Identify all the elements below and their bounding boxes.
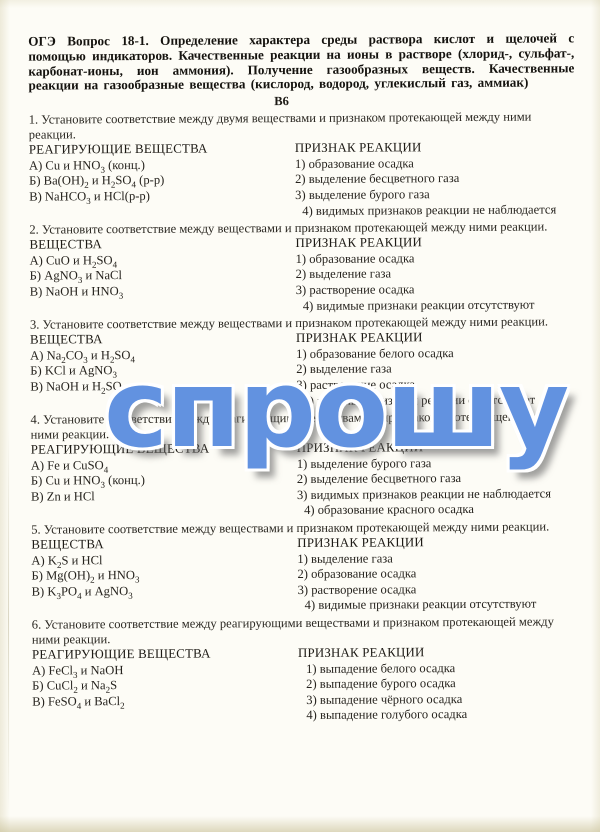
substance-item: Б) CuCl2 и Na2S	[32, 677, 298, 694]
question-intro: 1. Установите соответствие между двумя в…	[29, 110, 575, 143]
signs-header: ПРИЗНАК РЕАКЦИИ	[297, 534, 577, 551]
signs-column: ПРИЗНАК РЕАКЦИИ 1) выделение газа 2) обр…	[297, 534, 577, 614]
signs-header: ПРИЗНАК РЕАКЦИИ	[295, 234, 575, 251]
substances-column: РЕАГИРУЮЩИЕ ВЕЩЕСТВА А) Fe и CuSO4 Б) Cu…	[31, 441, 297, 521]
sign-item: 1) выделение бурого газа	[297, 455, 577, 472]
question-4: 4. Установите соответствие между реагиру…	[30, 409, 577, 520]
question-columns: РЕАГИРУЮЩИЕ ВЕЩЕСТВА А) Fe и CuSO4 Б) Cu…	[31, 439, 577, 520]
substance-item: Б) Mg(OH)2 и HNO3	[31, 567, 297, 584]
substances-column: РЕАГИРУЮЩИЕ ВЕЩЕСТВА А) FeCl3 и NaOH Б) …	[32, 646, 298, 726]
substance-item: В) K3PO4 и AgNO3	[32, 583, 298, 600]
sign-item: 4) выпадение голубого осадка	[298, 707, 578, 724]
sign-item: 4) видимых признаков реакции не наблюдае…	[295, 202, 575, 219]
signs-header: ПРИЗНАК РЕАКЦИИ	[295, 140, 575, 157]
sign-item: 2) выпадение бурого осадка	[298, 676, 578, 693]
signs-header: ПРИЗНАК РЕАКЦИИ	[296, 329, 576, 346]
signs-column: ПРИЗНАК РЕАКЦИИ 1) образование осадка 2)…	[295, 234, 575, 314]
sign-item: 1) выделение газа	[297, 550, 577, 567]
sign-item: 2) выделение бесцветного газа	[295, 171, 575, 188]
sign-item: 2) выделение бесцветного газа	[297, 471, 577, 488]
substances-column: ВЕЩЕСТВА А) Na2CO3 и H2SO4 Б) KCl и AgNO…	[30, 331, 296, 411]
page-content: ОГЭ Вопрос 18-1. Определение характера с…	[0, 0, 600, 832]
question-columns: РЕАГИРУЮЩИЕ ВЕЩЕСТВА А) FeCl3 и NaOH Б) …	[32, 644, 578, 725]
substances-header: ВЕЩЕСТВА	[31, 536, 297, 553]
sign-item: 2) выделение газа	[296, 361, 576, 378]
question-3: 3. Установите соответствие между веществ…	[30, 314, 577, 410]
substance-item: В) FeSO4 и BaCl2	[32, 693, 298, 710]
substance-item: А) Cu и HNO3 (конц.)	[29, 157, 295, 174]
substance-item: В) NaOH и H2SO4	[30, 378, 296, 395]
sign-item: 3) растворение осадка	[296, 281, 576, 298]
page-title: ОГЭ Вопрос 18-1. Определение характера с…	[28, 31, 574, 94]
sign-item: 4) видимые признаки реакции отсутствуют	[296, 392, 576, 409]
question-columns: ВЕЩЕСТВА А) Na2CO3 и H2SO4 Б) KCl и AgNO…	[30, 329, 576, 410]
sign-item: 4) образование красного осадка	[297, 502, 577, 519]
question-1: 1. Установите соответствие между двумя в…	[29, 110, 576, 221]
sign-item: 3) выпадение чёрного осадка	[298, 691, 578, 708]
substances-column: РЕАГИРУЮЩИЕ ВЕЩЕСТВА А) Cu и HNO3 (конц.…	[29, 141, 295, 221]
substance-item: Б) KCl и AgNO3	[30, 362, 296, 379]
substance-item: Б) Cu и HNO3 (конц.)	[31, 472, 297, 489]
substances-column: ВЕЩЕСТВА А) CuO и H2SO4 Б) AgNO3 и NaCl …	[29, 236, 295, 316]
signs-column: ПРИЗНАК РЕАКЦИИ 1) образование белого ос…	[296, 329, 576, 409]
question-intro: 6. Установите соответствие между реагиру…	[32, 614, 578, 647]
scanned-worksheet: ОГЭ Вопрос 18-1. Определение характера с…	[0, 0, 600, 832]
sign-item: 1) образование осадка	[295, 155, 575, 172]
substance-item: В) Zn и HCl	[31, 488, 297, 505]
substances-header: РЕАГИРУЮЩИЕ ВЕЩЕСТВА	[31, 441, 297, 458]
question-6: 6. Установите соответствие между реагиру…	[32, 614, 579, 725]
sign-item: 1) выпадение белого осадка	[298, 660, 578, 677]
signs-column: ПРИЗНАК РЕАКЦИИ 1) выделение бурого газа…	[297, 439, 577, 519]
substance-item: Б) AgNO3 и NaCl	[30, 267, 296, 284]
signs-column: ПРИЗНАК РЕАКЦИИ 1) образование осадка 2)…	[295, 140, 575, 220]
variant-label: В6	[29, 93, 535, 111]
signs-header: ПРИЗНАК РЕАКЦИИ	[298, 644, 578, 661]
substances-header: РЕАГИРУЮЩИЕ ВЕЩЕСТВА	[29, 141, 295, 158]
sign-item: 2) образование осадка	[297, 566, 577, 583]
sign-item: 3) растворение осадка	[298, 581, 578, 598]
sign-item: 1) образование осадка	[296, 250, 576, 267]
substance-item: А) Na2CO3 и H2SO4	[30, 347, 296, 364]
signs-column: ПРИЗНАК РЕАКЦИИ 1) выпадение белого осад…	[298, 644, 578, 724]
sign-item: 3) выделение бурого газа	[295, 186, 575, 203]
substances-column: ВЕЩЕСТВА А) K2S и HCl Б) Mg(OH)2 и HNO3 …	[31, 536, 297, 616]
question-intro: 4. Установите соответствие между реагиру…	[30, 409, 576, 442]
substance-item: В) NaHCO3 и HCl(р-р)	[29, 188, 295, 205]
substance-item: В) NaOH и HNO3	[30, 283, 296, 300]
substances-header: ВЕЩЕСТВА	[29, 236, 295, 253]
question-columns: РЕАГИРУЮЩИЕ ВЕЩЕСТВА А) Cu и HNO3 (конц.…	[29, 140, 575, 221]
sign-item: 4) видимые признаки реакции отсутствуют	[296, 297, 576, 314]
sign-item: 2) выделение газа	[296, 266, 576, 283]
substances-header: РЕАГИРУЮЩИЕ ВЕЩЕСТВА	[32, 646, 298, 663]
question-columns: ВЕЩЕСТВА А) CuO и H2SO4 Б) AgNO3 и NaCl …	[29, 234, 575, 315]
question-columns: ВЕЩЕСТВА А) K2S и HCl Б) Mg(OH)2 и HNO3 …	[31, 534, 577, 615]
substance-item: Б) Ba(OH)2 и H2SO4 (р-р)	[29, 172, 295, 189]
sign-item: 4) видимые признаки реакции отсутствуют	[298, 597, 578, 614]
substance-item: А) Fe и CuSO4	[31, 457, 297, 474]
substance-item: А) K2S и HCl	[31, 552, 297, 569]
sign-item: 1) образование белого осадка	[296, 345, 576, 362]
signs-header: ПРИЗНАК РЕАКЦИИ	[297, 439, 577, 456]
substances-header: ВЕЩЕСТВА	[30, 331, 296, 348]
substance-item: А) FeCl3 и NaOH	[32, 662, 298, 679]
question-5: 5. Установите соответствие между веществ…	[31, 519, 578, 615]
question-2: 2. Установите соответствие между веществ…	[29, 219, 576, 315]
sign-item: 3) растворение осадка	[296, 376, 576, 393]
substance-item: А) CuO и H2SO4	[30, 252, 296, 269]
sign-item: 3) видимых признаков реакции не наблюдае…	[297, 486, 577, 503]
